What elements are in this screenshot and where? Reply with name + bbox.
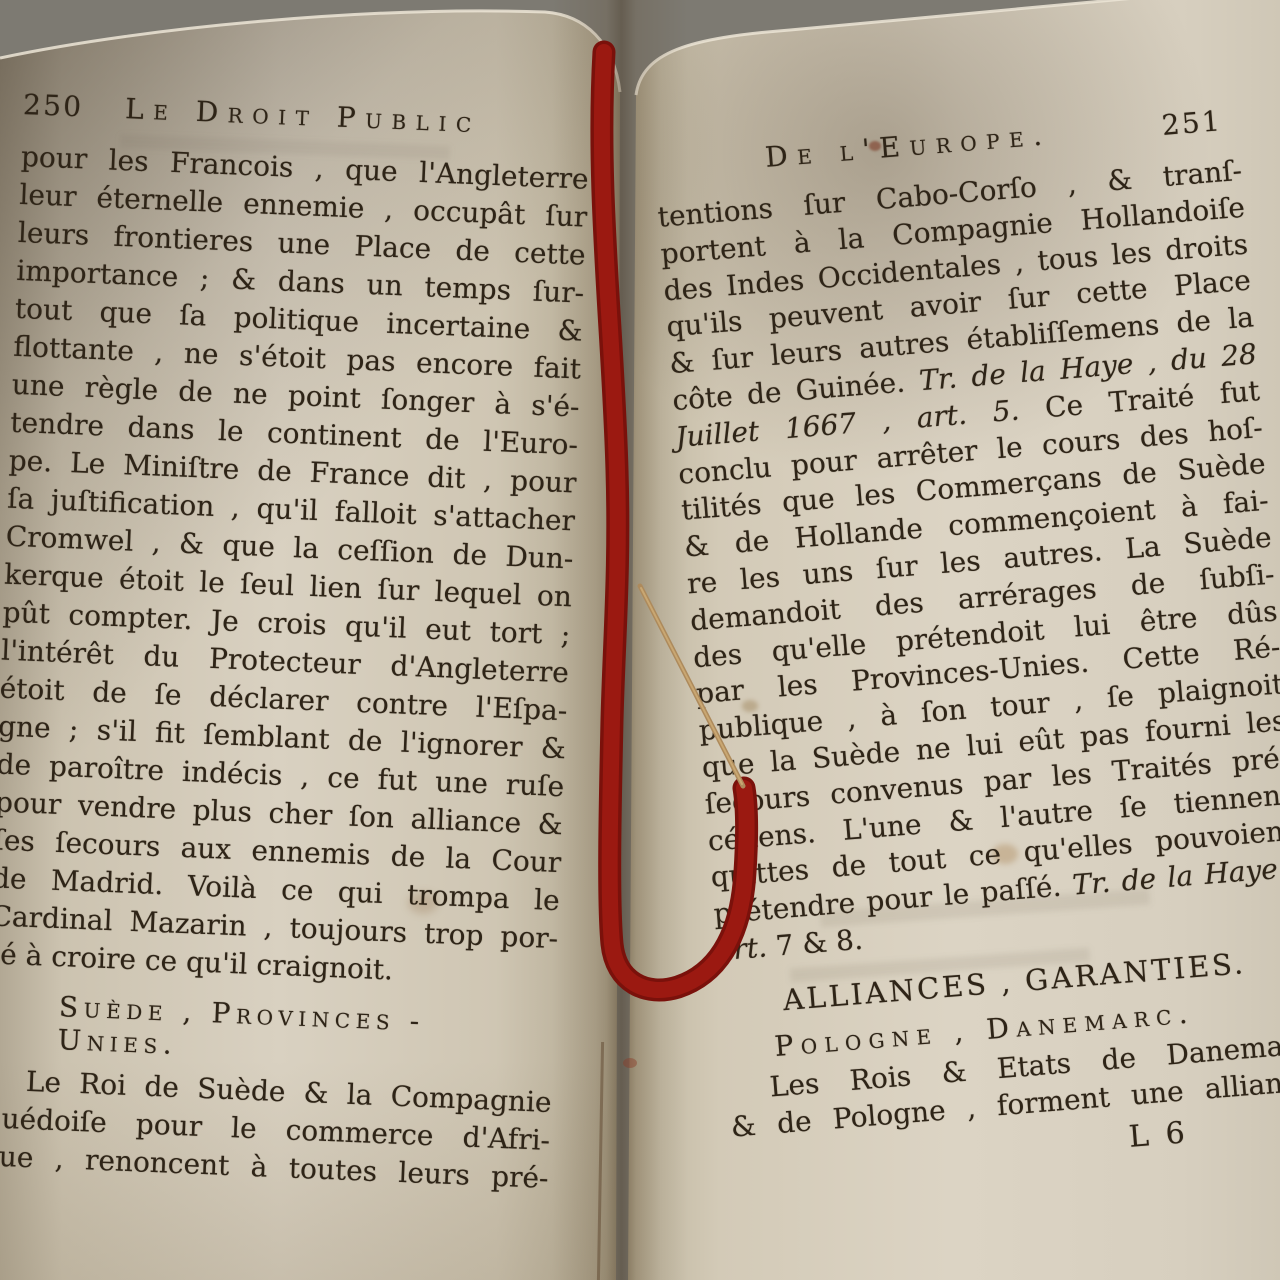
bookmark-ribbon-layer xyxy=(0,0,1280,1280)
ribbon-thread-highlight xyxy=(641,588,742,784)
ribbon-smudge xyxy=(623,1058,637,1068)
bookmark-ribbon xyxy=(602,52,747,990)
book-photo: 250 Le Droit Public pour les Francois , … xyxy=(0,0,1280,1280)
